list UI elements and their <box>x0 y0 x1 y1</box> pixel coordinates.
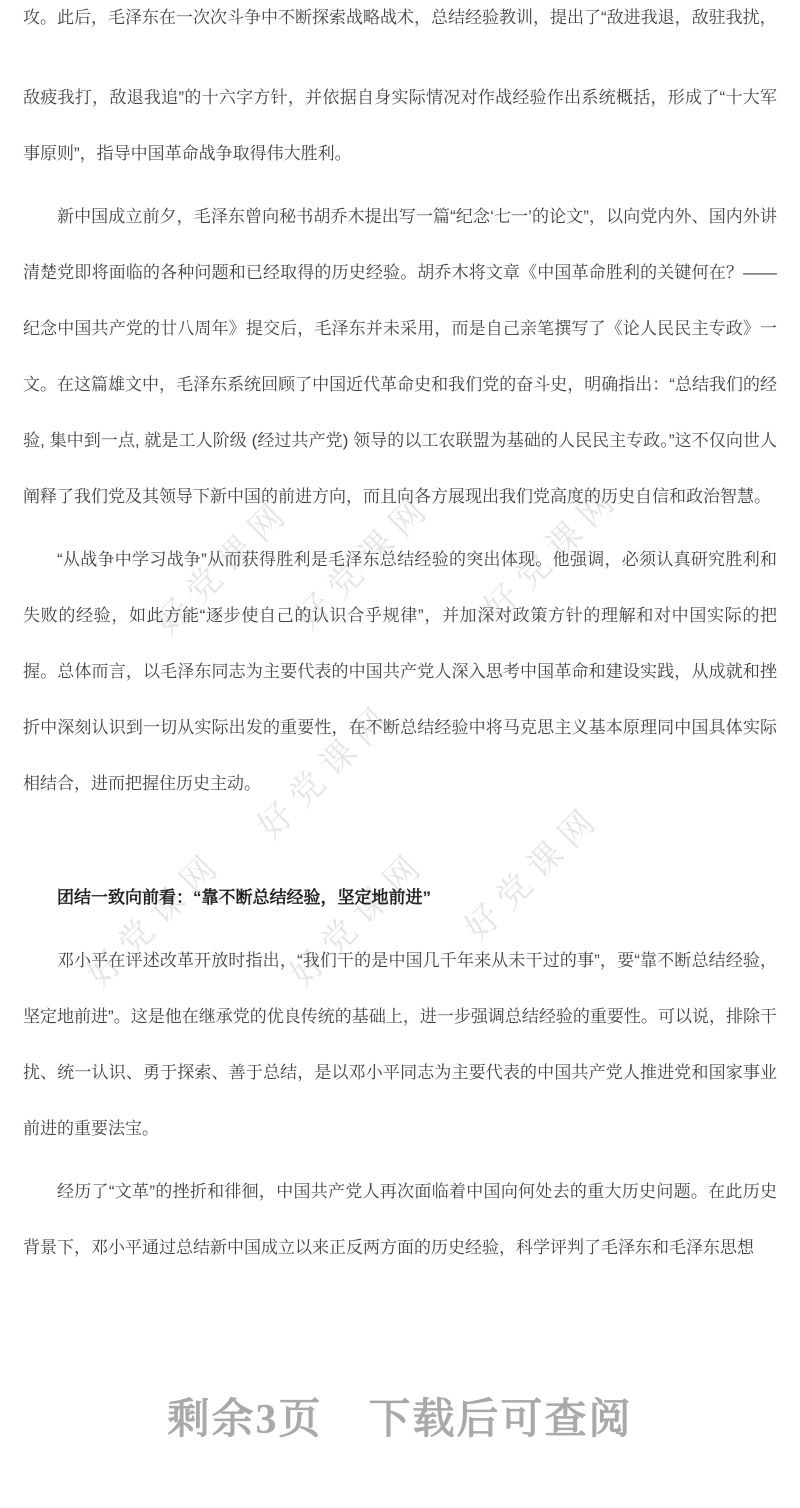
paragraph: 经历了“文革”的挫折和徘徊，中国共产党人再次面临着中国向何处去的重大历史问题。在… <box>23 1164 777 1276</box>
paragraph: 新中国成立前夕，毛泽东曾向秘书胡乔木提出写一篇“纪念‘七一’的论文”，以向党内外… <box>23 189 777 525</box>
paragraph: 邓小平在评述改革开放时指出，“我们干的是中国几千年来从未干过的事”，要“靠不断总… <box>23 933 777 1157</box>
paragraph: 敌疲我打，敌退我追”的十六字方针，并依据自身实际情况对作战经验作出系统概括，形成… <box>23 70 777 182</box>
footer-pages-remaining: 剩余3页 <box>167 1397 322 1443</box>
paragraph: “从战争中学习战争”从而获得胜利是毛泽东总结经验的突出体现。他强调，必须认真研究… <box>23 532 777 812</box>
page-footer: 剩余3页下载后可查阅 <box>0 1392 800 1448</box>
section-heading: 团结一致向前看：“靠不断总结经验，坚定地前进” <box>23 870 777 926</box>
document-page: 好党课网好党课网好党课网好党课网好党课网好党课网好党课网 攻。此后，毛泽东在一次… <box>0 0 800 1508</box>
footer-download-hint: 下载后可查阅 <box>369 1397 633 1443</box>
document-body: 攻。此后，毛泽东在一次次斗争中不断探索战略战术，总结经验教训，提出了“敌进我退，… <box>23 0 777 1283</box>
paragraph: 攻。此后，毛泽东在一次次斗争中不断探索战略战术，总结经验教训，提出了“敌进我退，… <box>23 0 777 46</box>
